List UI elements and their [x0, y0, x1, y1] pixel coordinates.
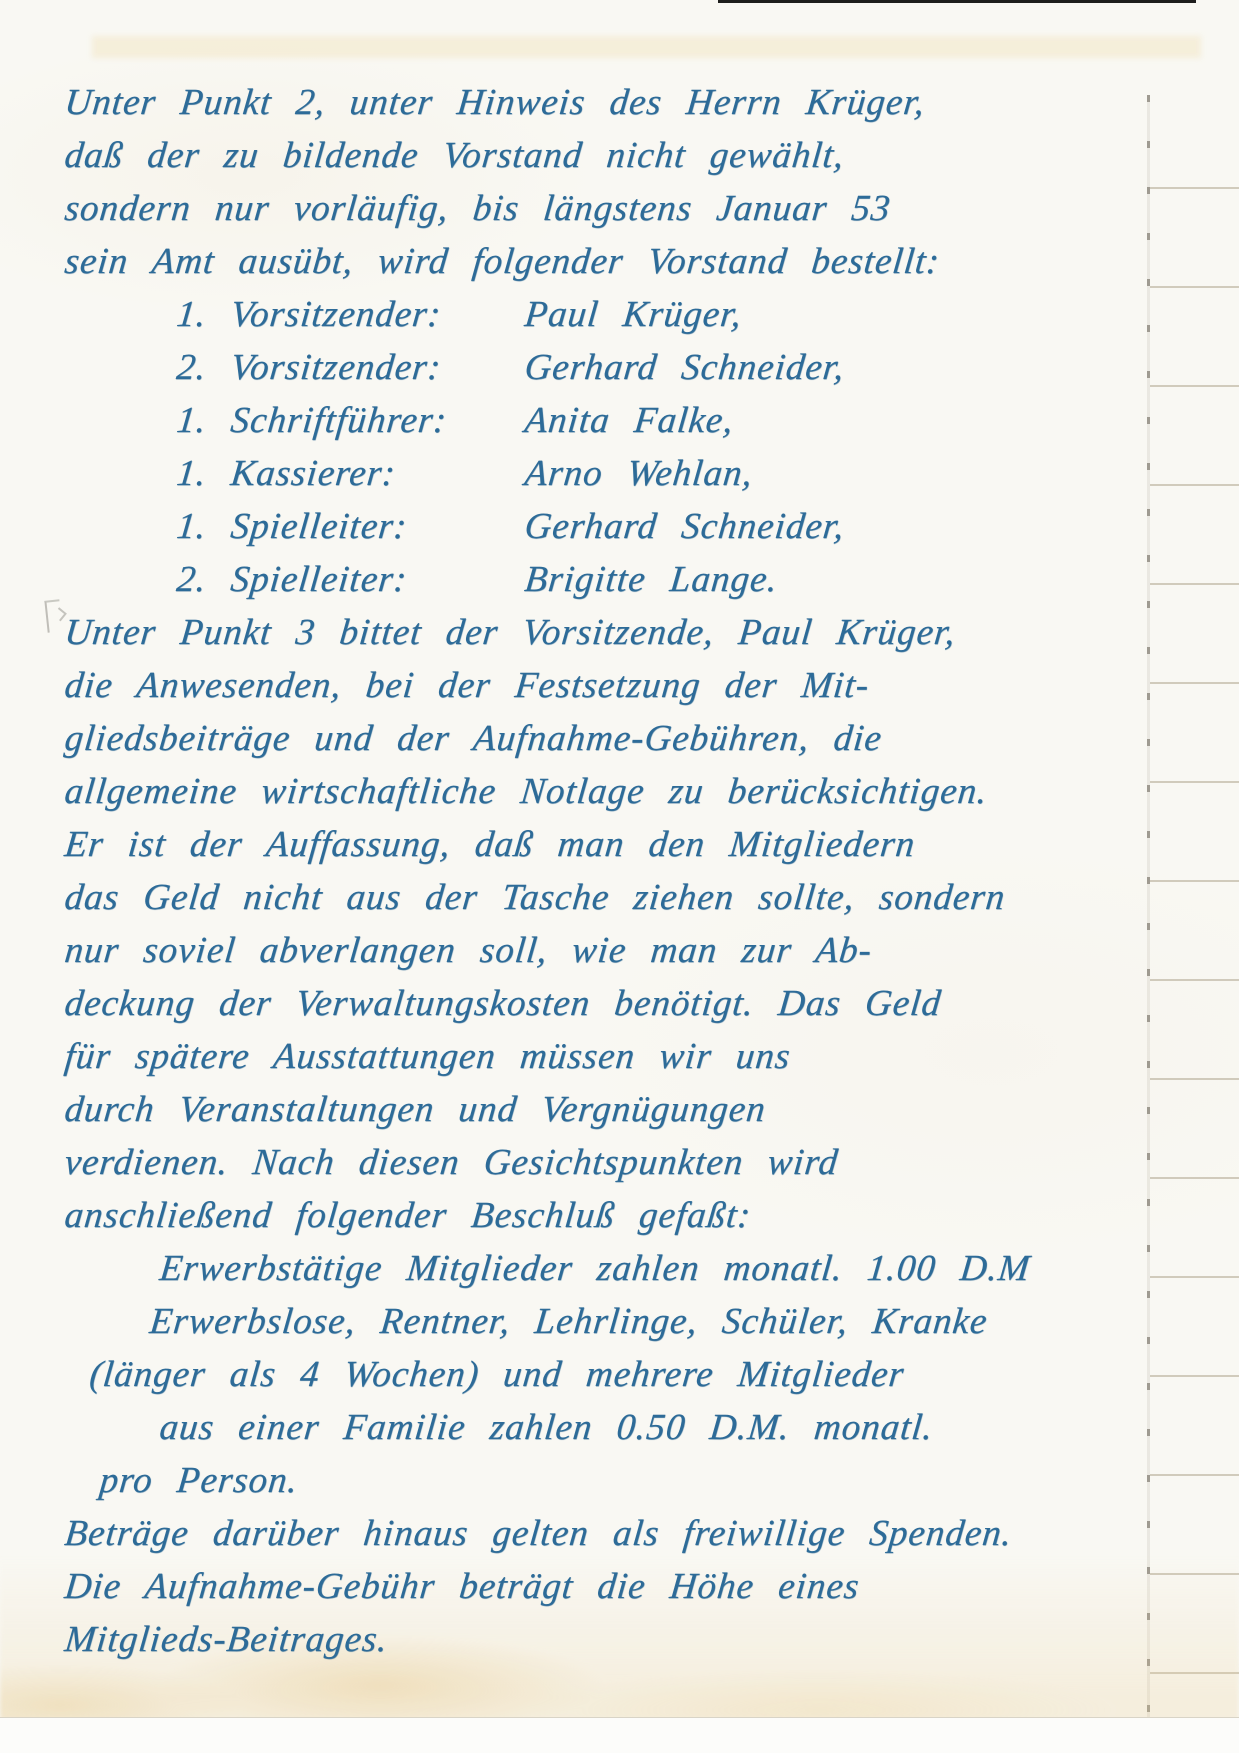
vorstand-position: 1. Kassierer: — [174, 447, 528, 500]
vorstand-name: Brigitte Lange. — [523, 559, 780, 600]
handwritten-line: die Anwesenden, bei der Festsetzung der … — [62, 659, 1205, 712]
vorstand-row: 1. Kassierer:Arno Wehlan, — [62, 447, 1205, 500]
vorstand-row: 1. Vorsitzender:Paul Krüger, — [62, 288, 1205, 341]
handwritten-line: das Geld nicht aus der Tasche ziehen sol… — [62, 871, 1205, 924]
vorstand-row: 2. Vorsitzender:Gerhard Schneider, — [62, 341, 1205, 394]
vorstand-position: 1. Spielleiter: — [174, 500, 528, 553]
handwritten-line: Mitglieds-Beitrages. — [62, 1613, 1205, 1666]
handwritten-line: allgemeine wirtschaftliche Notlage zu be… — [62, 765, 1205, 818]
handwritten-text: Unter Punkt 2, unter Hinweis des Herrn K… — [62, 76, 1199, 1666]
handwritten-line: pro Person. — [62, 1454, 1205, 1507]
paper-fold-stain-top — [92, 36, 1201, 58]
paragraph-punkt3: Unter Punkt 3 bittet der Vorsitzende, Pa… — [62, 606, 1199, 1242]
handwritten-line: Erwerbslose, Rentner, Lehrlinge, Schüler… — [62, 1295, 1205, 1348]
pencil-margin-mark — [44, 599, 62, 632]
handwritten-line: Beträge darüber hinaus gelten als freiwi… — [62, 1507, 1205, 1560]
vorstand-position: 1. Schriftführer: — [174, 394, 528, 447]
handwritten-line: nur soviel abverlangen soll, wie man zur… — [62, 924, 1205, 977]
vorstand-position: 2. Spielleiter: — [174, 553, 528, 606]
vorstand-position: 1. Vorsitzender: — [174, 288, 528, 341]
scan-edge-top — [718, 0, 1196, 3]
handwritten-line: Unter Punkt 2, unter Hinweis des Herrn K… — [62, 76, 1205, 129]
vorstand-position: 2. Vorsitzender: — [174, 341, 528, 394]
handwritten-line: Die Aufnahme-Gebühr beträgt die Höhe ein… — [62, 1560, 1205, 1613]
handwritten-line: Unter Punkt 3 bittet der Vorsitzende, Pa… — [62, 606, 1205, 659]
handwritten-line: Erwerbstätige Mitglieder zahlen monatl. … — [62, 1242, 1205, 1295]
handwritten-line: durch Veranstaltungen und Vergnügungen — [62, 1083, 1205, 1136]
vorstand-row: 1. Schriftführer:Anita Falke, — [62, 394, 1205, 447]
handwritten-line: deckung der Verwaltungskosten benötigt. … — [62, 977, 1205, 1030]
vorstand-name: Gerhard Schneider, — [523, 506, 847, 547]
handwritten-line: sein Amt ausübt, wird folgender Vorstand… — [62, 235, 1205, 288]
handwritten-line: (länger als 4 Wochen) und mehrere Mitgli… — [62, 1348, 1205, 1401]
vorstand-name: Arno Wehlan, — [523, 453, 755, 494]
fee-resolution-block: Erwerbstätige Mitglieder zahlen monatl. … — [62, 1242, 1199, 1507]
handwritten-line: anschließend folgender Beschluß gefaßt: — [62, 1189, 1205, 1242]
handwritten-line: gliedsbeiträge und der Aufnahme-Gebühren… — [62, 712, 1205, 765]
paragraph-punkt2: Unter Punkt 2, unter Hinweis des Herrn K… — [62, 76, 1199, 288]
vorstand-row: 2. Spielleiter:Brigitte Lange. — [62, 553, 1205, 606]
handwritten-line: sondern nur vorläufig, bis längstens Jan… — [62, 182, 1205, 235]
vorstand-name: Paul Krüger, — [523, 294, 744, 335]
closing-paragraph: Beträge darüber hinaus gelten als freiwi… — [62, 1507, 1199, 1666]
vorstand-name: Gerhard Schneider, — [523, 347, 847, 388]
vorstand-list: 1. Vorsitzender:Paul Krüger, 2. Vorsitze… — [62, 288, 1199, 606]
vorstand-row: 1. Spielleiter:Gerhard Schneider, — [62, 500, 1205, 553]
handwritten-line: Er ist der Auffassung, daß man den Mitgl… — [62, 818, 1205, 871]
handwritten-line: verdienen. Nach diesen Gesichtspunkten w… — [62, 1136, 1205, 1189]
scanned-handwritten-page: Unter Punkt 2, unter Hinweis des Herrn K… — [0, 0, 1239, 1753]
scan-edge-bottom — [0, 1717, 1239, 1753]
handwritten-line: aus einer Familie zahlen 0.50 D.M. monat… — [62, 1401, 1205, 1454]
handwritten-line: daß der zu bildende Vorstand nicht gewäh… — [62, 129, 1205, 182]
handwritten-line: für spätere Ausstattungen müssen wir uns — [62, 1030, 1205, 1083]
vorstand-name: Anita Falke, — [523, 400, 736, 441]
